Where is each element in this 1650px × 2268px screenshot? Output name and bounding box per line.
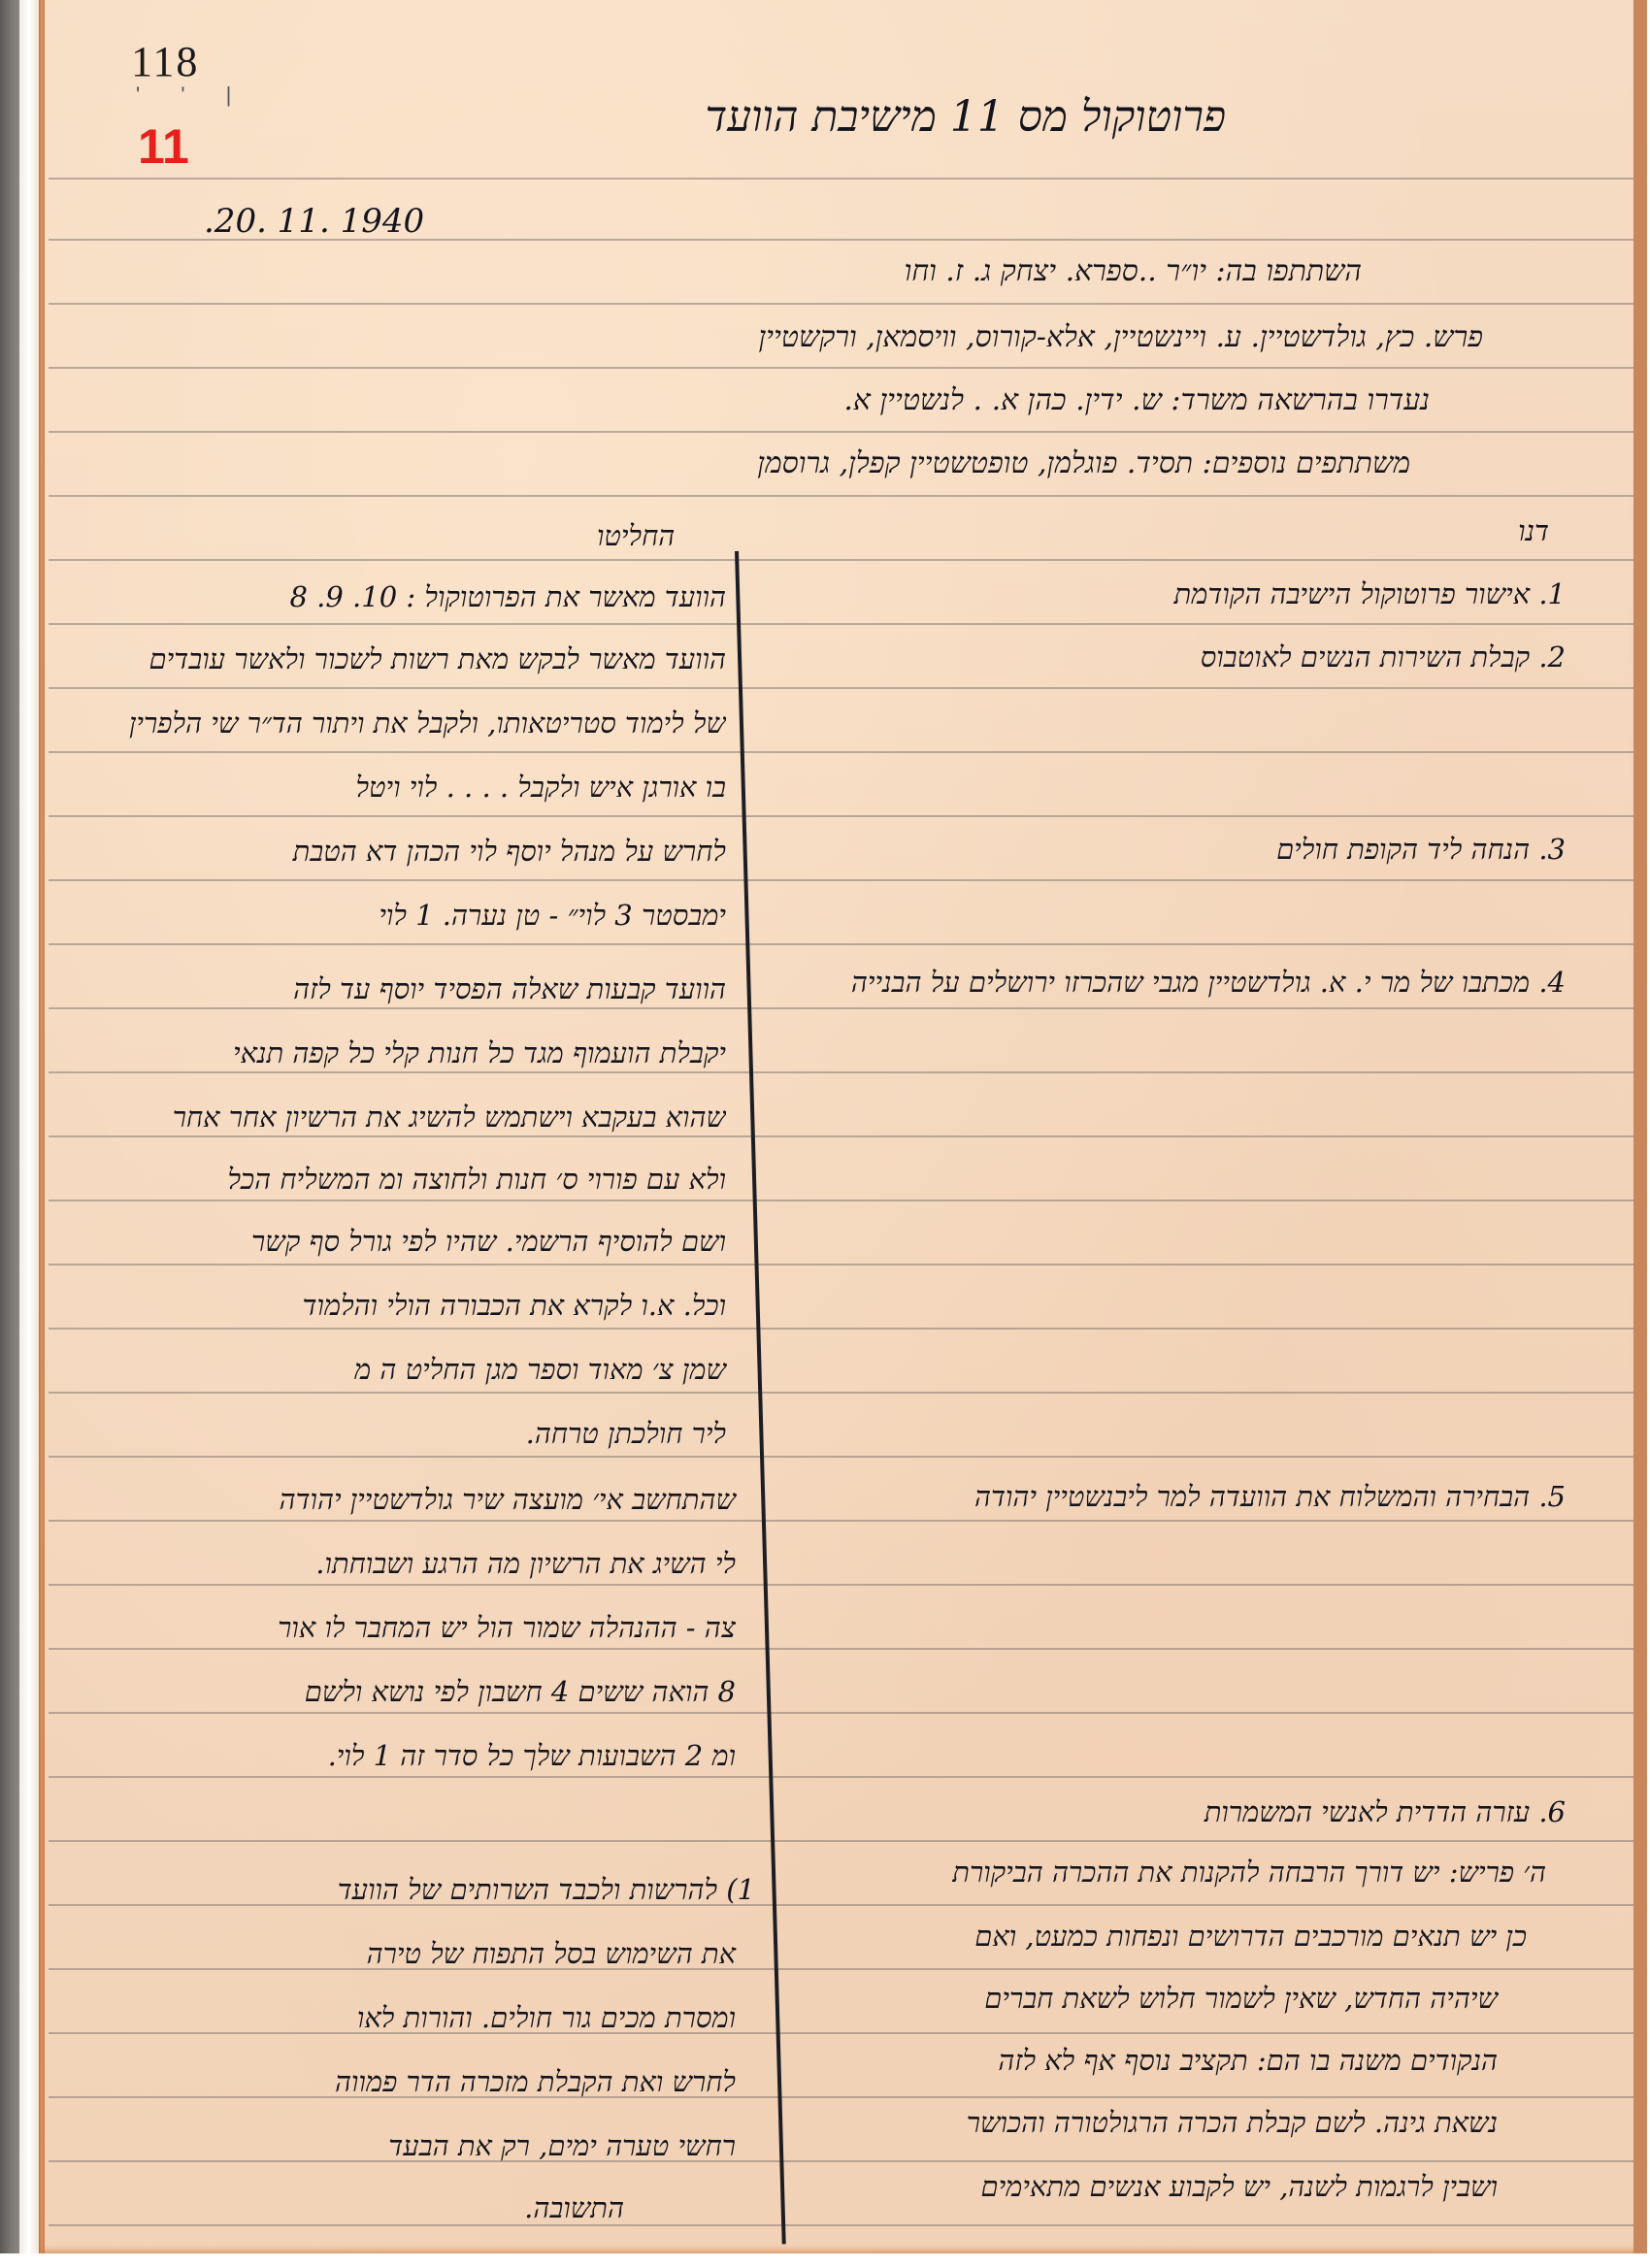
agenda-text: הנחה ליד הקופת חולים bbox=[1276, 833, 1530, 866]
meeting-date: .20. 11. 1940 bbox=[204, 202, 424, 241]
ruled-line bbox=[49, 623, 1633, 625]
decision-line: ומסרת מכים גור חולים. והורות לאו bbox=[357, 2001, 736, 2035]
agenda-item-1: 1. אישור פרוטוקול הישיבה הקודמת bbox=[1173, 577, 1566, 611]
decision-line: ליר חולכתן טרחה. bbox=[526, 1417, 726, 1451]
ruled-line bbox=[49, 1712, 1633, 1714]
margin-line bbox=[39, 0, 45, 2253]
ruled-line bbox=[49, 1840, 1633, 1842]
binding-edge bbox=[19, 0, 39, 2253]
ruled-line bbox=[49, 2096, 1633, 2098]
ruled-line bbox=[49, 1648, 1633, 1650]
ruled-line bbox=[49, 879, 1633, 881]
absent-line: נעדרו בהרשאה משרד: ש. ידין. כהן א. . לנש… bbox=[843, 383, 1430, 417]
red-page-label: 11 bbox=[138, 118, 189, 175]
ruled-line bbox=[49, 1968, 1633, 1970]
agenda-6-note-line: שיהיה החדש, שאין לשמור חלוש לשאת חברים bbox=[984, 1982, 1498, 2016]
binding-strip bbox=[0, 0, 19, 2253]
decision-line: לחרש על מנהל יוסף לוי הכהן דא הטבת bbox=[293, 835, 726, 869]
agenda-item-3: 3. הנחה ליד הקופת חולים bbox=[1276, 833, 1566, 867]
ruled-line bbox=[49, 1007, 1633, 1009]
agenda-6-note-line: כן יש תנאים מורכבים הדרושים ונפחות כמעט,… bbox=[974, 1920, 1527, 1954]
agenda-num: 1. bbox=[1538, 577, 1566, 610]
decision-line: הוועד מאשר לבקש מאת רשות לשכור ולאשר עוב… bbox=[149, 642, 726, 676]
agenda-item-4: 4. מכתבו של מר י. א. גולדשטיין מגבי שהכר… bbox=[851, 966, 1566, 1000]
decision-line: רחשי טערה ימים, רק את הבעד bbox=[388, 2129, 736, 2163]
decision-line: הוועד קבעות שאלה הפסיד יוסף עד לזה bbox=[293, 972, 726, 1006]
ruled-line bbox=[49, 1071, 1633, 1073]
decision-line: צה - ההנהלה שמור הול יש המחבר לו אור bbox=[278, 1611, 736, 1645]
pencil-marks: ' ' | bbox=[136, 82, 248, 108]
ruled-line bbox=[49, 2160, 1633, 2162]
ruled-line bbox=[49, 1904, 1633, 1906]
decision-line: 1) להרשות ולכבד השרותים של הוועד bbox=[338, 1873, 755, 1907]
ruled-line bbox=[49, 1328, 1633, 1330]
page-title: פרוטוקול מס 11 מישיבת הוועד bbox=[706, 92, 1226, 142]
agenda-item-6: 6. עזרה הדדית לאנשי המשמרות bbox=[1204, 1795, 1566, 1829]
ruled-line bbox=[49, 1392, 1633, 1394]
ruled-line bbox=[49, 431, 1633, 433]
agenda-text: מכתבו של מר י. א. גולדשטיין מגבי שהכרזו … bbox=[851, 966, 1530, 999]
notebook-page: 118 ' ' | 11 פרוטוקול מס 11 מישיבת הוועד… bbox=[39, 0, 1647, 2253]
attendees-line-1: השתתפו בה: יו״ר ..ספרא. יצחק ג. ז. וחו bbox=[905, 254, 1362, 288]
agenda-num: 5. bbox=[1538, 1480, 1566, 1513]
decision-line: לחרש ואת הקבלת מזכרה הדר פמווה bbox=[335, 2065, 736, 2099]
ruled-line bbox=[49, 1135, 1633, 1137]
decision-line: יקבלת הועמוף מגד כל חנות קלי כל קפה תנאי bbox=[233, 1036, 726, 1070]
attendees-line-2: פרש. כץ, גולדשטיין. ע. ויינשטיין, אלא-קו… bbox=[758, 320, 1483, 354]
decision-line: שהוא בעקבא וישתמש להשיג את הרשיון אחר אח… bbox=[173, 1101, 726, 1134]
agenda-text: קבלת השירות הנשים לאוטבוס bbox=[1201, 641, 1530, 674]
ruled-line bbox=[49, 2224, 1633, 2226]
decision-line: בו אורגן איש ולקבל . . . . לוי ויטל bbox=[355, 771, 726, 805]
decision-line: ולא עם פורוי ס׳ חנות ולחוצה ומ המשליח הכ… bbox=[227, 1163, 726, 1197]
decision-line: ומ 2 השבועות שלך כל סדר זה 1 לוי. bbox=[328, 1739, 736, 1773]
agenda-6-note-line: הנקודים משנה בו הם: תקציב נוסף אף לא לזה bbox=[998, 2044, 1498, 2078]
decision-line: את השימוש בסל התפוח של טירה bbox=[367, 1937, 736, 1971]
ruled-line bbox=[49, 178, 1633, 180]
agenda-num: 4. bbox=[1538, 966, 1566, 999]
agenda-6-note-line: נשאת גינה. לשם קבלת הכרה הרגולטורה והכוש… bbox=[967, 2106, 1498, 2140]
agenda-num: 3. bbox=[1538, 833, 1566, 866]
decision-line: התשובה. bbox=[524, 2191, 624, 2225]
ruled-line bbox=[49, 751, 1633, 753]
agenda-text: עזרה הדדית לאנשי המשמרות bbox=[1204, 1795, 1530, 1828]
ruled-line bbox=[49, 559, 1633, 561]
ruled-line bbox=[49, 495, 1633, 497]
agenda-num: 6. bbox=[1538, 1795, 1566, 1828]
decided-header: החליטו bbox=[597, 519, 675, 553]
decision-line: 8 הואה ששים 4 חשבון לפי נושא ולשם bbox=[305, 1675, 736, 1709]
decision-line: וכל. א.ו לקרא את הכבורה הולי והלמוד bbox=[303, 1289, 727, 1323]
decision-line: ושם להוסיף הרשמי. שהיו לפי גורל סף קשר bbox=[251, 1225, 726, 1259]
ruled-line bbox=[49, 943, 1633, 945]
column-divider bbox=[735, 551, 786, 2244]
agenda-6-note-line: ה׳ פריש: יש דורך הרבחה להקנות את ההכרה ה… bbox=[952, 1856, 1546, 1890]
agenda-6-note-line: ושבין לרגמות לשנה, יש לקבוע אנשים מתאימי… bbox=[980, 2170, 1498, 2204]
discussed-header: דנו bbox=[1518, 514, 1549, 548]
decision-line: של לימוד סטריטאותו, ולקבל את ויתור הד״ר … bbox=[129, 707, 726, 740]
agenda-item-2: 2. קבלת השירות הנשים לאוטבוס bbox=[1201, 641, 1566, 674]
ruled-line bbox=[49, 815, 1633, 817]
agenda-text: אישור פרוטוקול הישיבה הקודמת bbox=[1173, 577, 1530, 610]
ruled-line bbox=[49, 303, 1633, 305]
guests-line: משתתפים נוספים: תסיד. פוגלמן, טופטשטיין … bbox=[757, 446, 1410, 480]
decision-line: ימבסטר 3 לוי״ - טן נערה. 1 לוי bbox=[379, 899, 726, 933]
agenda-text: הבחירה והמשלוח את הוועדה למר ליבנשטיין י… bbox=[974, 1480, 1530, 1513]
ruled-line bbox=[49, 687, 1633, 689]
decision-line: הוועד מאשר את הפרוטוקול : 10. 9. 8 bbox=[289, 580, 726, 614]
agenda-num: 2. bbox=[1538, 641, 1566, 674]
decision-line: שהתחשב אי׳ מועצה שיר גולדשטיין יהודה bbox=[280, 1483, 736, 1517]
ruled-line bbox=[49, 2032, 1633, 2034]
ruled-line bbox=[49, 1456, 1633, 1458]
ruled-line bbox=[49, 1200, 1633, 1201]
ruled-line bbox=[49, 1584, 1633, 1586]
ruled-line bbox=[49, 1520, 1633, 1522]
decision-line: שמן צ׳ מאוד וספר מגן החליט ה מ bbox=[354, 1353, 726, 1387]
ruled-line bbox=[49, 367, 1633, 369]
agenda-item-5: 5. הבחירה והמשלוח את הוועדה למר ליבנשטיי… bbox=[974, 1480, 1566, 1514]
decision-line: לי השיג את הרשיון מה הרגע ושבוחתו. bbox=[315, 1547, 736, 1581]
archive-page-number: 118 bbox=[131, 37, 199, 86]
ruled-line bbox=[49, 1776, 1633, 1778]
ruled-line bbox=[49, 1264, 1633, 1265]
